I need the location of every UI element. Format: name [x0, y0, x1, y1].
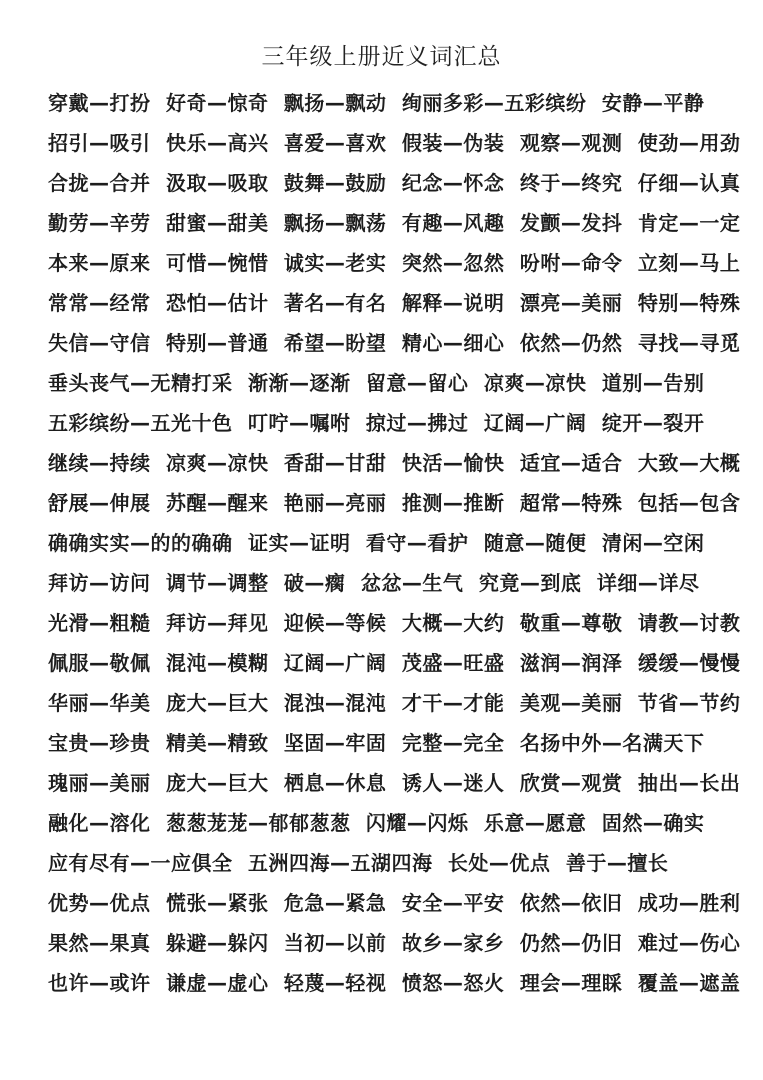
synonym-line: 光滑—粗糙 拜访—拜见 迎候—等候 大概—大约 敬重—尊敬 请教—讨教 — [48, 603, 723, 643]
synonym-line: 优势—优点 慌张—紧张 危急—紧急 安全—平安 依然—依旧 成功—胜利 — [48, 883, 723, 923]
synonym-line: 舒展—伸展 苏醒—醒来 艳丽—亮丽 推测—推断 超常—特殊 包括—包含 — [48, 483, 723, 523]
synonym-line: 佩服—敬佩 混沌—模糊 辽阔—广阔 茂盛—旺盛 滋润—润泽 缓缓—慢慢 — [48, 643, 723, 683]
synonym-line: 也许—或许 谦虚—虚心 轻蔑—轻视 愤怒—怒火 理会—理睬 覆盖—遮盖 — [48, 963, 723, 1003]
synonym-line: 融化—溶化 葱葱茏茏—郁郁葱葱 闪耀—闪烁 乐意—愿意 固然—确实 — [48, 803, 723, 843]
synonym-list: 穿戴—打扮 好奇—惊奇 飘扬—飘动 绚丽多彩—五彩缤纷 安静—平静 招引—吸引 … — [0, 83, 763, 1003]
synonym-line: 本来—原来 可惜—惋惜 诚实—老实 突然—忽然 吩咐—命令 立刻—马上 — [48, 243, 723, 283]
synonym-line: 五彩缤纷—五光十色 叮咛—嘱咐 掠过—拂过 辽阔—广阔 绽开—裂开 — [48, 403, 723, 443]
synonym-line: 果然—果真 躲避—躲闪 当初—以前 故乡—家乡 仍然—仍旧 难过—伤心 — [48, 923, 723, 963]
synonym-line: 穿戴—打扮 好奇—惊奇 飘扬—飘动 绚丽多彩—五彩缤纷 安静—平静 — [48, 83, 723, 123]
document-page: 三年级上册近义词汇总 穿戴—打扮 好奇—惊奇 飘扬—飘动 绚丽多彩—五彩缤纷 安… — [0, 0, 763, 1080]
synonym-line: 失信—守信 特别—普通 希望—盼望 精心—细心 依然—仍然 寻找—寻觅 — [48, 323, 723, 363]
synonym-line: 招引—吸引 快乐—高兴 喜爱—喜欢 假装—伪装 观察—观测 使劲—用劲 — [48, 123, 723, 163]
synonym-line: 应有尽有—一应俱全 五洲四海—五湖四海 长处—优点 善于—擅长 — [48, 843, 723, 883]
synonym-line: 宝贵—珍贵 精美—精致 坚固—牢固 完整—完全 名扬中外—名满天下 — [48, 723, 723, 763]
synonym-line: 勤劳—辛劳 甜蜜—甜美 飘扬—飘荡 有趣—风趣 发颤—发抖 肯定—一定 — [48, 203, 723, 243]
page-title: 三年级上册近义词汇总 — [0, 0, 763, 72]
synonym-line: 合拢—合并 汲取—吸取 鼓舞—鼓励 纪念—怀念 终于—终究 仔细—认真 — [48, 163, 723, 203]
synonym-line: 垂头丧气—无精打采 渐渐—逐渐 留意—留心 凉爽—凉快 道别—告别 — [48, 363, 723, 403]
synonym-line: 常常—经常 恐怕—估计 著名—有名 解释—说明 漂亮—美丽 特别—特殊 — [48, 283, 723, 323]
synonym-line: 确确实实—的的确确 证实—证明 看守—看护 随意—随便 清闲—空闲 — [48, 523, 723, 563]
synonym-line: 华丽—华美 庞大—巨大 混浊—混沌 才干—才能 美观—美丽 节省—节约 — [48, 683, 723, 723]
synonym-line: 拜访—访问 调节—调整 破—瘸 忿忿—生气 究竟—到底 详细—详尽 — [48, 563, 723, 603]
synonym-line: 继续—持续 凉爽—凉快 香甜—甘甜 快活—愉快 适宜—适合 大致—大概 — [48, 443, 723, 483]
synonym-line: 瑰丽—美丽 庞大—巨大 栖息—休息 诱人—迷人 欣赏—观赏 抽出—长出 — [48, 763, 723, 803]
